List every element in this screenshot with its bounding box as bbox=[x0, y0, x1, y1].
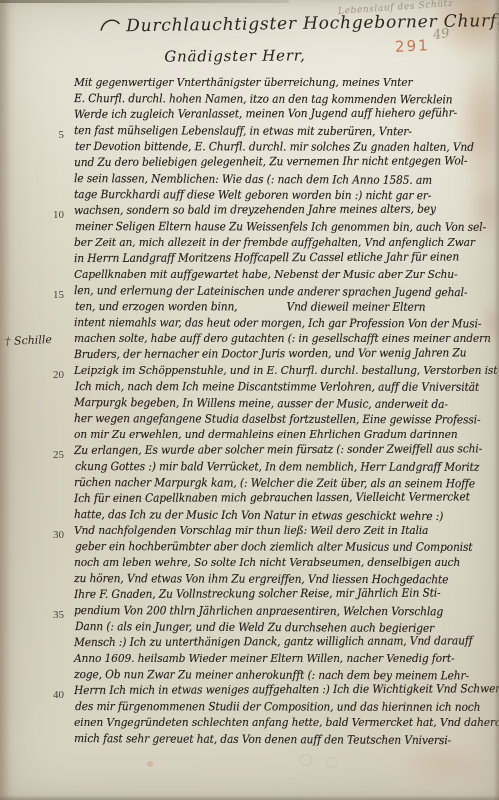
paper-spot bbox=[300, 754, 312, 766]
manuscript-line: und Zu dero beliebigen gelegenheit, Zu v… bbox=[74, 152, 493, 170]
manuscript-line: Leipzigk im Schöppenstuhle, und in E. Ch… bbox=[74, 362, 493, 378]
manuscript-line: Zu erlangen, Es wurde aber solcher mein … bbox=[74, 440, 493, 458]
folio-number-stamp: 291 bbox=[395, 36, 431, 56]
manuscript-line: her wegen angefangene Studia daselbst fo… bbox=[74, 410, 493, 427]
manuscript-line: Bruders, der hernacher ein Doctor Juris … bbox=[74, 344, 493, 362]
manuscript-line: pendium Von 200 thlrn Jährlichen anpraes… bbox=[74, 602, 493, 619]
margin-line-number: 35 bbox=[38, 608, 64, 622]
manuscript-line: mich fast sehr gereuet hat, das Von dene… bbox=[74, 730, 493, 748]
scan-edge-bottom bbox=[0, 795, 499, 800]
manuscript-page: Lebenslauf des Schütz 291 49 Durchlaucht… bbox=[0, 0, 499, 800]
manuscript-line: geber ein hochberümbter aber doch ziemli… bbox=[75, 538, 493, 555]
heading-line-1: Durchlauchtigster Hochgeborner Churfürst bbox=[100, 10, 480, 38]
manuscript-line: Herrn Ich mich in etwas weniges auffgeha… bbox=[74, 680, 493, 698]
margin-line-number: 10 bbox=[38, 208, 64, 222]
manuscript-line: Mit gegenwertiger Vnterthänigster überre… bbox=[74, 74, 493, 90]
margin-line-number: 40 bbox=[38, 688, 64, 702]
manuscript-line: intent niemahls war, das heut oder morge… bbox=[74, 314, 493, 331]
margin-line-number: 20 bbox=[38, 368, 64, 382]
manuscript-line: des mir fürgenommenen Studii der Composi… bbox=[75, 698, 493, 715]
folio-number-pencil: 49 bbox=[432, 26, 450, 43]
margin-line-number: 5 bbox=[38, 128, 64, 142]
manuscript-line: Capellknaben mit auffgewartet habe, Nebe… bbox=[74, 266, 493, 282]
margin-annotation: † Schille bbox=[5, 333, 52, 348]
margin-line-number: 25 bbox=[38, 448, 64, 462]
manuscript-line: ten fast mühseligen Lebenslauff, in etwa… bbox=[74, 122, 493, 139]
manuscript-line: Ich mich, nach dem Ich meine Discantstim… bbox=[75, 378, 493, 395]
manuscript-line: Anno 1609. heilsamb Wieder meiner Eltern… bbox=[74, 650, 493, 666]
manuscript-line: noch am leben wehre, So solte Ich nicht … bbox=[74, 554, 493, 570]
margin-line-number: 30 bbox=[38, 528, 64, 542]
manuscript-line: in Herrn Landgraff Moritzens Hoffcapell … bbox=[74, 248, 493, 266]
stain bbox=[397, 742, 493, 786]
manuscript-line: wachsen, sondern so bald im dreyzehenden… bbox=[74, 200, 493, 218]
manuscript-line: Werde ich zugleich Veranlasset, meinen V… bbox=[74, 104, 493, 122]
manuscript-line: ckung Gottes :) mir bald Verrücket, In d… bbox=[75, 458, 493, 475]
pen-flourish-icon bbox=[100, 15, 122, 38]
book-gutter-shadow bbox=[0, 0, 16, 800]
manuscript-line: Vnd nachfolgenden Vorschlag mir thun lie… bbox=[74, 522, 493, 538]
scan-edge-top bbox=[0, 0, 289, 3]
manuscript-line: einen Vngegründeten schlechten anfang he… bbox=[74, 714, 493, 730]
paper-spot bbox=[326, 757, 337, 768]
manuscript-line: Ich für einen Capellknaben mich gebrauch… bbox=[74, 488, 493, 506]
margin-line-number: 15 bbox=[38, 288, 64, 302]
manuscript-line: Mensch :) Ich zu unterthänigen Danck, ga… bbox=[74, 632, 493, 650]
manuscript-line: ten, und erzogen worden binn, Vnd diewei… bbox=[75, 298, 493, 315]
manuscript-body: Mit gegenwertiger Vnterthänigster überre… bbox=[74, 74, 499, 746]
paper-spot bbox=[147, 761, 153, 767]
manuscript-line: meiner Seligen Eltern hause Zu Weissenfe… bbox=[75, 218, 493, 235]
manuscript-line: Ihre F. Gnaden, Zu Vollnstreckung solche… bbox=[74, 584, 493, 602]
